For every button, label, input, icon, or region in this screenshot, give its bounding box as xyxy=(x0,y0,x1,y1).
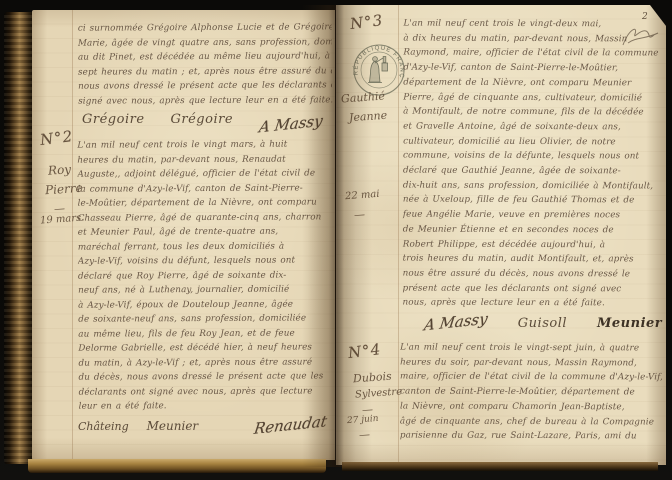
book-page-block-edge-left xyxy=(4,12,34,464)
signature-officer-paraphe: A Massy xyxy=(258,111,324,136)
act4-text: L'an mil neuf cent trois le vingt-sept j… xyxy=(400,341,662,446)
signature-gregoire-2: Grégoire xyxy=(171,112,234,127)
act3-margin-date: 22 mai xyxy=(345,189,380,202)
signature-meunier-dark: Meunier xyxy=(597,316,662,331)
act1-ending-text: ci surnommée Grégoire Alphonse Lucie et … xyxy=(78,20,332,110)
signature-chateing: Châteing xyxy=(78,420,129,433)
act4-margin-name2: Sylvestre xyxy=(355,386,403,400)
left-margin-rule xyxy=(72,10,73,460)
signature-massy-paraphe: A Massy xyxy=(423,309,489,334)
act3-margin-separator: — xyxy=(354,208,368,222)
book-page-block-edge-bottom-right xyxy=(342,462,658,471)
act2-text: L'an mil neuf cent trois le vingt mars, … xyxy=(77,137,334,417)
left-page: ci surnommée Grégoire Alphonse Lucie et … xyxy=(32,10,335,460)
signature-renaudat-paraphe: Renaudat xyxy=(253,412,328,438)
act2-signatures: Châteing Meunier Renaudat xyxy=(78,416,334,434)
right-page: 2 N°3 RÉPUBLIQUE FRANÇAISE Gauthié Jeann… xyxy=(336,5,666,465)
signature-gregoire-1: Grégoire xyxy=(82,112,145,127)
book-page-block-edge-bottom-left xyxy=(28,459,326,473)
act4-margin-separator-2: — xyxy=(359,428,373,442)
act2-margin-number: N°2 xyxy=(39,127,74,149)
act1-signatures: Grégoire Grégoire A Massy xyxy=(82,109,332,127)
act3-text: L'an mil neuf cent trois le vingt-deux m… xyxy=(402,17,662,314)
act4-margin-number: N°4 xyxy=(347,340,382,362)
stamp-marianne-figure xyxy=(368,57,388,83)
act3-margin-name1: Gauthié xyxy=(341,89,386,105)
act2-margin-name1: Roy xyxy=(48,162,72,178)
act4-margin-name1: Dubois xyxy=(353,370,393,386)
act3-margin-name2: Jeanne xyxy=(349,109,388,125)
act3-signatures: A Massy Guisoll Meunier xyxy=(424,313,664,331)
act2-margin-name2: Pierre xyxy=(45,181,83,198)
register-photo: ci surnommée Grégoire Alphonse Lucie et … xyxy=(0,0,672,480)
act4-margin-date: 27 juin xyxy=(347,414,379,426)
signature-meunier: Meunier xyxy=(147,419,199,433)
signature-guisoll: Guisoll xyxy=(518,316,567,331)
act3-margin-number: N°3 xyxy=(349,11,384,33)
